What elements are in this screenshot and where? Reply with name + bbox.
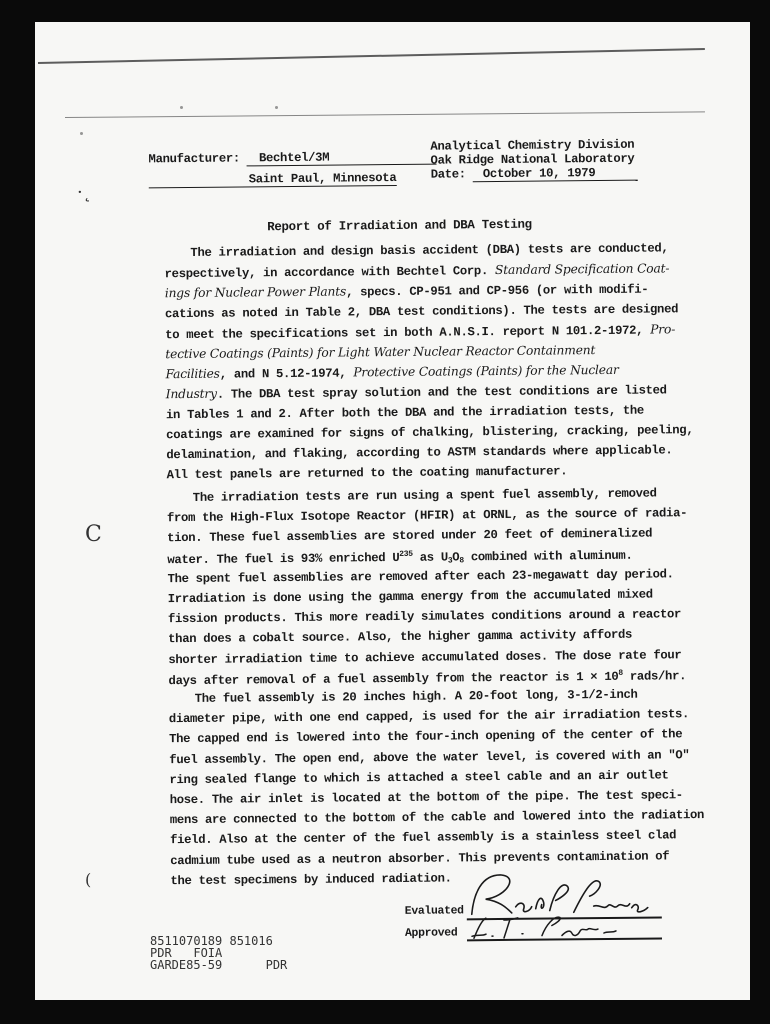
body-text-segment: respectively, in accordance with Bechtel…: [165, 264, 496, 281]
body-text-segment: hose. The air inlet is located at the bo…: [170, 788, 683, 807]
body-line: Irradiation is done using the gamma ener…: [168, 588, 653, 607]
body-text-segment: field. Also at the center of the fuel as…: [170, 829, 676, 848]
body-text-segment: the test specimens by induced radiation.: [170, 871, 451, 888]
evaluated-signature-text: Ralph L. Apple: [453, 867, 462, 870]
body-line: Industry. The DBA test spray solution an…: [166, 383, 667, 403]
body-line: tective Coatings (Paints) for Light Wate…: [165, 343, 595, 362]
body-text-segment: ings for Nuclear Power Plants: [165, 285, 346, 301]
body-text-segment: cations as noted in Table 2, DBA test co…: [165, 302, 678, 321]
approved-signature-text: L. T. Corbin: [464, 913, 472, 915]
body-text-segment: days after removal of a fuel assembly fr…: [168, 670, 618, 688]
body-line: fuel assembly. The open end, above the w…: [169, 748, 689, 767]
body-line: respectively, in accordance with Bechtel…: [165, 262, 670, 282]
body-text-segment: . The DBA test spray solution and the te…: [217, 384, 667, 402]
body-text-segment: Standard Specification Coat-: [495, 262, 669, 278]
body-text-segment: combined with aluminum.: [464, 548, 633, 564]
manufacturer-label: Manufacturer:: [148, 151, 240, 166]
date-value: October 10, 1979: [473, 166, 638, 183]
body-text-segment: to meet the specifications set in both A…: [165, 323, 650, 342]
body-line: delamination, and flaking, according to …: [166, 443, 672, 462]
body-line: from the High-Flux Isotope Reactor (HFIR…: [167, 506, 687, 525]
body-text-segment: rads/hr.: [623, 669, 686, 684]
manufacturer-row: Manufacturer: Bechtel/3M: [148, 150, 437, 168]
body-text-segment: diameter pipe, with one end capped, is u…: [169, 707, 689, 726]
body-line: hose. The air inlet is located at the bo…: [170, 788, 683, 807]
body-text-segment: coatings are examined for signs of chalk…: [166, 423, 693, 442]
body-text-segment: The capped end is lowered into the four-…: [169, 728, 682, 747]
body-line: All test panels are returned to the coat…: [166, 465, 567, 483]
body-line: ring sealed flange to which is attached …: [169, 768, 668, 787]
body-line: fission products. This more readily simu…: [168, 607, 681, 626]
body-text-segment: shorter irradiation time to achieve accu…: [168, 648, 681, 667]
body-text-segment: The fuel assembly is 20 inches high. A 2…: [195, 688, 638, 706]
stamp-line-3: GARDE85-59 PDR: [150, 958, 287, 972]
body-line: coatings are examined for signs of chalk…: [166, 423, 693, 442]
body-line: mens are connected to the bottom of the …: [170, 808, 704, 827]
body-text-segment: tion. These fuel assemblies are stored u…: [167, 527, 652, 546]
body-line: diameter pipe, with one end capped, is u…: [169, 707, 689, 726]
body-text-segment: tective Coatings (Paints) for Light Wate…: [165, 343, 595, 361]
date-label: Date:: [431, 167, 466, 181]
body-text-segment: , and N 5.12-1974,: [220, 367, 354, 382]
manufacturer-name: Bechtel/3M: [247, 150, 437, 167]
body-text-segment: cadmium tube used as a neutron absorber.…: [170, 849, 669, 868]
date-row: Date: October 10, 1979: [431, 166, 638, 183]
body-line: tion. These fuel assemblies are stored u…: [167, 527, 652, 546]
document-content: Manufacturer: Bechtel/3M Saint Paul, Min…: [35, 22, 750, 1000]
approved-label: Approved: [405, 926, 458, 940]
body-text-segment: ring sealed flange to which is attached …: [169, 768, 668, 787]
body-line: The fuel assembly is 20 inches high. A 2…: [195, 688, 638, 706]
document-stamp: 8511070189 851016 PDR FOIA GARDE85-59 PD…: [150, 935, 287, 971]
body-line: shorter irradiation time to achieve accu…: [168, 648, 681, 667]
body-text-segment: mens are connected to the bottom of the …: [170, 808, 704, 827]
body-text-segment: fuel assembly. The open end, above the w…: [169, 748, 689, 767]
manufacturer-location-row: Saint Paul, Minnesota: [149, 171, 397, 188]
body-line: in Tables 1 and 2. After both the DBA an…: [166, 403, 644, 422]
body-text-segment: Irradiation is done using the gamma ener…: [168, 588, 653, 607]
evaluated-signature: Ralph L. Apple: [453, 867, 668, 919]
report-body: The irradiation and design basis acciden…: [35, 22, 745, 25]
body-text-segment: Pro-: [650, 322, 675, 336]
body-text-segment: as U: [413, 550, 448, 564]
body-line: field. Also at the center of the fuel as…: [170, 829, 676, 848]
body-text-segment: All test panels are returned to the coat…: [166, 465, 567, 483]
body-line: cations as noted in Table 2, DBA test co…: [165, 302, 678, 321]
body-line: The spent fuel assemblies are removed af…: [167, 567, 673, 586]
body-text-segment: from the High-Flux Isotope Reactor (HFIR…: [167, 506, 687, 525]
report-title: Report of Irradiation and DBA Testing: [267, 218, 532, 235]
body-line: to meet the specifications set in both A…: [165, 322, 675, 342]
body-line: water. The fuel is 93% enriched U235 as …: [167, 547, 632, 567]
body-text-segment: Facilities: [166, 367, 220, 382]
body-line: cadmium tube used as a neutron absorber.…: [170, 849, 669, 868]
body-line: ings for Nuclear Power Plants, specs. CP…: [165, 282, 649, 302]
body-text-segment: The irradiation and design basis acciden…: [190, 241, 668, 260]
body-text-segment: Protective Coatings (Paints) for the Nuc…: [353, 363, 618, 380]
scanned-page: ·˛ C ( Manufacturer: Bechtel/3M Saint Pa…: [35, 22, 750, 1000]
body-text-segment: water. The fuel is 93% enriched U: [167, 551, 399, 567]
body-line: the test specimens by induced radiation.: [170, 871, 451, 888]
body-line: days after removal of a fuel assembly fr…: [168, 668, 686, 688]
body-text-segment: than does a cobalt source. Also, the hig…: [168, 628, 632, 646]
body-text-segment: O: [452, 550, 459, 564]
body-text-segment: fission products. This more readily simu…: [168, 607, 681, 626]
body-line: The irradiation and design basis acciden…: [190, 241, 668, 260]
body-text-segment: The spent fuel assemblies are removed af…: [167, 567, 673, 586]
body-text-segment: 235: [399, 549, 412, 558]
approved-signature: L. T. Corbin: [464, 913, 644, 943]
body-text-segment: The irradiation tests are run using a sp…: [193, 486, 657, 504]
body-line: The irradiation tests are run using a sp…: [193, 486, 657, 504]
body-line: than does a cobalt source. Also, the hig…: [168, 628, 632, 646]
body-text-segment: , specs. CP-951 and CP-956 (or with modi…: [346, 283, 648, 300]
body-text-segment: Industry: [166, 387, 217, 401]
body-line: Facilities, and N 5.12-1974, Protective …: [166, 363, 619, 382]
body-text-segment: in Tables 1 and 2. After both the DBA an…: [166, 403, 644, 422]
manufacturer-location: Saint Paul, Minnesota: [149, 171, 397, 188]
body-line: The capped end is lowered into the four-…: [169, 728, 682, 747]
body-text-segment: delamination, and flaking, according to …: [166, 443, 672, 462]
